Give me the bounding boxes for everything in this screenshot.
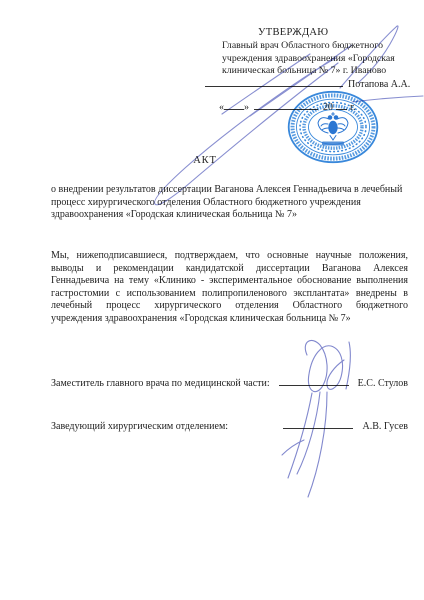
approval-heading: УТВЕРЖДАЮ <box>258 27 328 38</box>
date-day-blank <box>224 99 244 110</box>
intro-line: процесс хирургического отделения Областн… <box>51 197 407 210</box>
approval-line: учреждения здравоохранения «Городская <box>222 53 408 66</box>
body-line: лечебный процесс хирургического отделени… <box>51 300 408 313</box>
date-close-quote: » <box>244 102 249 113</box>
body-line: Геннадьевича на тему «Клинико - эксперим… <box>51 275 408 288</box>
signer-name: А.В. Гусев <box>362 421 408 432</box>
stamp-text-band <box>322 142 344 146</box>
official-round-stamp <box>287 90 379 164</box>
signer-name: Е.С. Стулов <box>358 378 408 389</box>
eagle-emblem <box>318 113 348 141</box>
act-intro-paragraph: о внедрении результатов диссертации Вага… <box>51 184 407 222</box>
approval-institution-block: Главный врач Областного бюджетного учреж… <box>222 40 408 78</box>
approval-signer-name: Потапова А.А. <box>348 79 410 90</box>
act-body-paragraph: Мы, нижеподписавшиеся, подтверждаем, что… <box>51 250 408 326</box>
body-line: учреждения здравоохранения «Городская кл… <box>51 313 408 326</box>
approval-signature-blank <box>205 76 343 87</box>
intro-line: о внедрении результатов диссертации Вага… <box>51 184 407 197</box>
body-line: гастростомии с использованием полипропил… <box>51 288 408 301</box>
approval-line: Главный врач Областного бюджетного <box>222 40 408 53</box>
signature-blank-line <box>279 375 349 386</box>
signature-label: Заведующий хирургическим отделением: <box>51 421 228 432</box>
document-page: УТВЕРЖДАЮ Главный врач Областного бюджет… <box>0 0 424 600</box>
signature-label: Заместитель главного врача по медицинско… <box>51 378 270 389</box>
intro-line: здравоохранения «Городская клиническая б… <box>51 209 407 222</box>
signature-row-surgery-head: Заведующий хирургическим отделением: А.В… <box>51 418 408 432</box>
body-line: выводы и рекомендации кандидатской диссе… <box>51 263 408 276</box>
signature-row-deputy-physician: Заместитель главного врача по медицинско… <box>51 375 408 389</box>
signature-blank-line <box>283 418 353 429</box>
approval-signature-row: Потапова А.А. <box>205 76 415 90</box>
body-line: Мы, нижеподписавшиеся, подтверждаем, что… <box>51 250 408 263</box>
